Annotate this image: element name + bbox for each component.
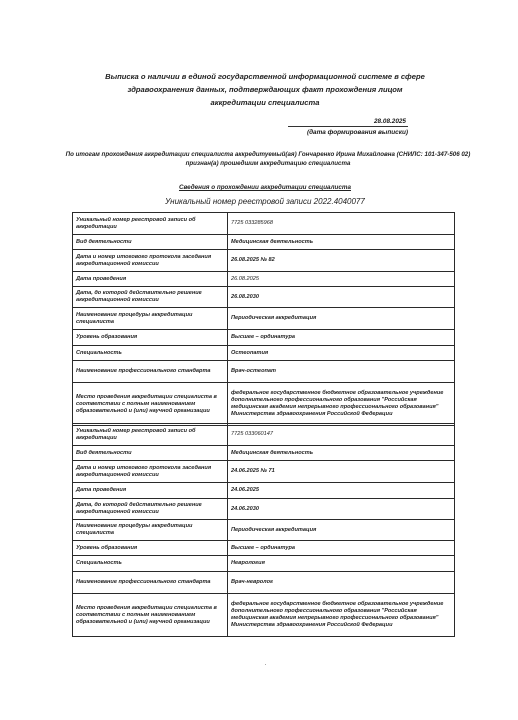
row-value: Медицинская деятельность (228, 446, 455, 461)
row-value: 26.08.2025 (228, 272, 455, 287)
row-value: 24.06.2025 № 71 (228, 461, 455, 483)
row-label: Вид деятельности (73, 446, 228, 461)
table-row: Наименование процедуры аккредитации спец… (73, 308, 455, 330)
table-row: Уникальный номер реестровой записи об ак… (73, 424, 455, 446)
row-label: Наименование профессионального стандарта (73, 361, 228, 383)
section-heading: Сведения о прохождении аккредитации спец… (130, 184, 400, 191)
row-value: 7725 033285968 (228, 213, 455, 235)
row-value: 26.08.2030 (228, 287, 455, 308)
row-value: Врач-невролог (228, 572, 455, 594)
row-label: Наименование профессионального стандарта (73, 572, 228, 594)
row-label: Вид деятельности (73, 235, 228, 250)
extract-date-caption: (дата формирования выписки) (288, 126, 408, 137)
row-value: Остеопатия (228, 346, 455, 361)
table-row: Дата проведения 24.06.2025 (73, 483, 455, 499)
row-label: Уникальный номер реестровой записи об ак… (73, 213, 228, 235)
row-label: Дата, до которой действительно решение а… (73, 499, 228, 520)
extract-date: 28.08.2025 (288, 117, 408, 126)
row-value: Неврология (228, 556, 455, 572)
row-value: 26.08.2025 № 82 (228, 250, 455, 272)
row-value: Высшее – ординатура (228, 541, 455, 556)
row-value: 24.06.2030 (228, 499, 455, 520)
table-row: Место проведения аккредитации специалист… (73, 383, 455, 426)
table-row: Наименование процедуры аккредитации спец… (73, 520, 455, 541)
row-label: Дата проведения (73, 272, 228, 287)
table-row: Дата, до которой действительно решение а… (73, 287, 455, 308)
table-row: Наименование профессионального стандарта… (73, 572, 455, 594)
row-label: Уровень образования (73, 541, 228, 556)
table-row: Дата и номер итогового протокола заседан… (73, 461, 455, 483)
table-row: Дата проведения 26.08.2025 (73, 272, 455, 287)
row-value: 24.06.2025 (228, 483, 455, 499)
row-value: федеральное государственное бюджетное об… (228, 594, 455, 637)
row-label: Дата, до которой действительно решение а… (73, 287, 228, 308)
table-row: Дата и номер итогового протокола заседан… (73, 250, 455, 272)
row-value: 7725 033060147 (228, 424, 455, 446)
row-label: Наименование процедуры аккредитации спец… (73, 308, 228, 330)
table-row: Место проведения аккредитации специалист… (73, 594, 455, 637)
extract-date-block: 28.08.2025 (дата формирования выписки) (288, 117, 408, 137)
row-value: Периодическая аккредитация (228, 520, 455, 541)
row-value: Высшее – ординатура (228, 330, 455, 346)
row-label: Дата и номер итогового протокола заседан… (73, 461, 228, 483)
row-label: Специальность (73, 346, 228, 361)
scan-speck (265, 664, 266, 665)
table-row: Наименование профессионального стандарта… (73, 361, 455, 383)
accreditation-record-table-2: Уникальный номер реестровой записи об ак… (72, 423, 455, 637)
row-label: Место проведения аккредитации специалист… (73, 383, 228, 426)
row-label: Дата проведения (73, 483, 228, 499)
registry-number-heading: Уникальный номер реестровой записи 2022.… (120, 197, 410, 206)
row-label: Дата и номер итогового протокола заседан… (73, 250, 228, 272)
row-value: Врач-остеопат (228, 361, 455, 383)
table-row: Уровень образования Высшее – ординатура (73, 330, 455, 346)
document-title: Выписка о наличии в единой государственн… (100, 70, 430, 109)
table-row: Уникальный номер реестровой записи об ак… (73, 213, 455, 235)
row-label: Наименование процедуры аккредитации спец… (73, 520, 228, 541)
row-label: Уровень образования (73, 330, 228, 346)
table-row: Специальность Неврология (73, 556, 455, 572)
row-label: Уникальный номер реестровой записи об ак… (73, 424, 228, 446)
table-row: Специальность Остеопатия (73, 346, 455, 361)
row-value: федеральное государственное бюджетное об… (228, 383, 455, 426)
row-value: Периодическая аккредитация (228, 308, 455, 330)
row-value: Медицинская деятельность (228, 235, 455, 250)
row-label: Место проведения аккредитации специалист… (73, 594, 228, 637)
row-label: Специальность (73, 556, 228, 572)
table-row: Вид деятельности Медицинская деятельност… (73, 446, 455, 461)
table-row: Дата, до которой действительно решение а… (73, 499, 455, 520)
intro-paragraph: По итогам прохождения аккредитации специ… (58, 150, 478, 168)
table-row: Вид деятельности Медицинская деятельност… (73, 235, 455, 250)
accreditation-record-table-1: Уникальный номер реестровой записи об ак… (72, 212, 455, 426)
table-row: Уровень образования Высшее – ординатура (73, 541, 455, 556)
